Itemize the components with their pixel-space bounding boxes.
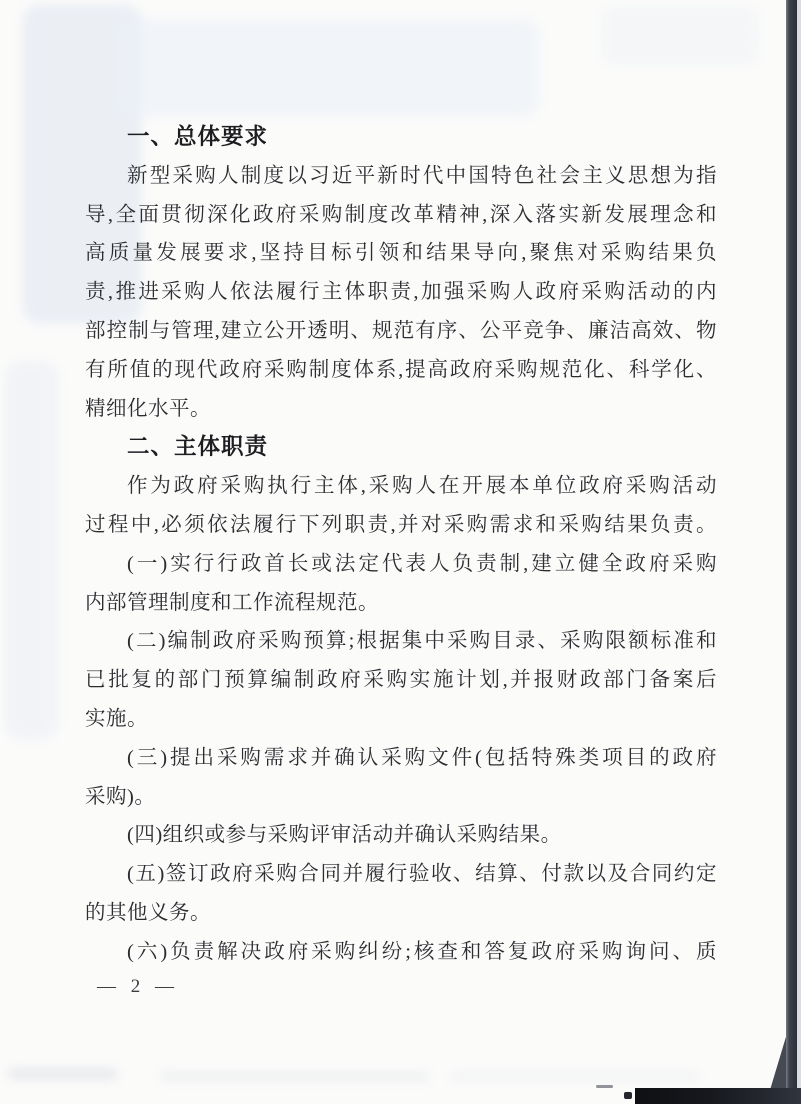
scan-tint-left-lower [4,360,59,740]
body-line: 实施。 [85,700,717,739]
body-line: 责,推进采购人依法履行主体职责,加强采购人政府采购活动的内 [85,273,717,312]
body-line: 部控制与管理,建立公开透明、规范有序、公平竞争、廉洁高效、物 [85,312,717,351]
scan-smudge-bottom-2 [160,1072,430,1081]
body-line: 作为政府采购执行主体,采购人在开展本单位政府采购活动 [85,467,717,506]
body-line: 导,全面贯彻深化政府采购制度改革精神,深入落实新发展理念和 [85,196,717,235]
body-line: 新型采购人制度以习近平新时代中国特色社会主义思想为指 [85,157,717,196]
page-number: — 2 — [97,976,179,998]
body-line: 有所值的现代政府采购制度体系,提高政府采购规范化、科学化、 [85,351,717,390]
scan-tint-top-band [120,18,540,118]
body-line: (五)签订政府采购合同并履行验收、结算、付款以及合同约定 [85,855,717,894]
document-body: 一、总体要求 新型采购人制度以习近平新时代中国特色社会主义思想为指 导,全面贯彻… [85,118,717,972]
scan-smudge-bottom-3 [450,1072,700,1081]
scan-shadow-bottom-right-bar [635,1088,801,1104]
body-line: 已批复的部门预算编制政府采购实施计划,并报财政部门备案后 [85,661,717,700]
body-line: (三)提出采购需求并确认采购文件(包括特殊类项目的政府 [85,739,717,778]
body-line: (二)编制政府采购预算;根据集中采购目录、采购限额标准和 [85,622,717,661]
body-line: 内部管理制度和工作流程规范。 [85,584,717,623]
body-line: (六)负责解决政府采购纠纷;核查和答复政府采购询问、质 [85,933,717,972]
scan-smudge-bottom-1 [8,1068,118,1080]
body-line: 采购)。 [85,778,717,817]
body-line: 过程中,必须依法履行下列职责,并对采购需求和采购结果负责。 [85,506,717,545]
body-line: 高质量发展要求,坚持目标引领和结果导向,聚焦对采购结果负 [85,234,717,273]
scan-edge-right-outer [797,0,801,1104]
body-line: 精细化水平。 [85,390,717,429]
scan-shadow-right-edge [786,0,797,1104]
body-line: 的其他义务。 [85,894,717,933]
scan-shadow-right-lower-wedge [770,1026,801,1090]
scan-tint-top-right [600,6,760,66]
section-1-heading: 一、总体要求 [85,118,717,157]
body-line: (一)实行行政首长或法定代表人负责制,建立健全政府采购 [85,545,717,584]
scan-speck-dot [624,1092,632,1099]
scanned-document-page: 一、总体要求 新型采购人制度以习近平新时代中国特色社会主义思想为指 导,全面贯彻… [0,0,801,1104]
scan-speck-dash [596,1085,613,1088]
body-line: (四)组织或参与采购评审活动并确认采购结果。 [85,816,717,855]
section-2-heading: 二、主体职责 [85,428,717,467]
